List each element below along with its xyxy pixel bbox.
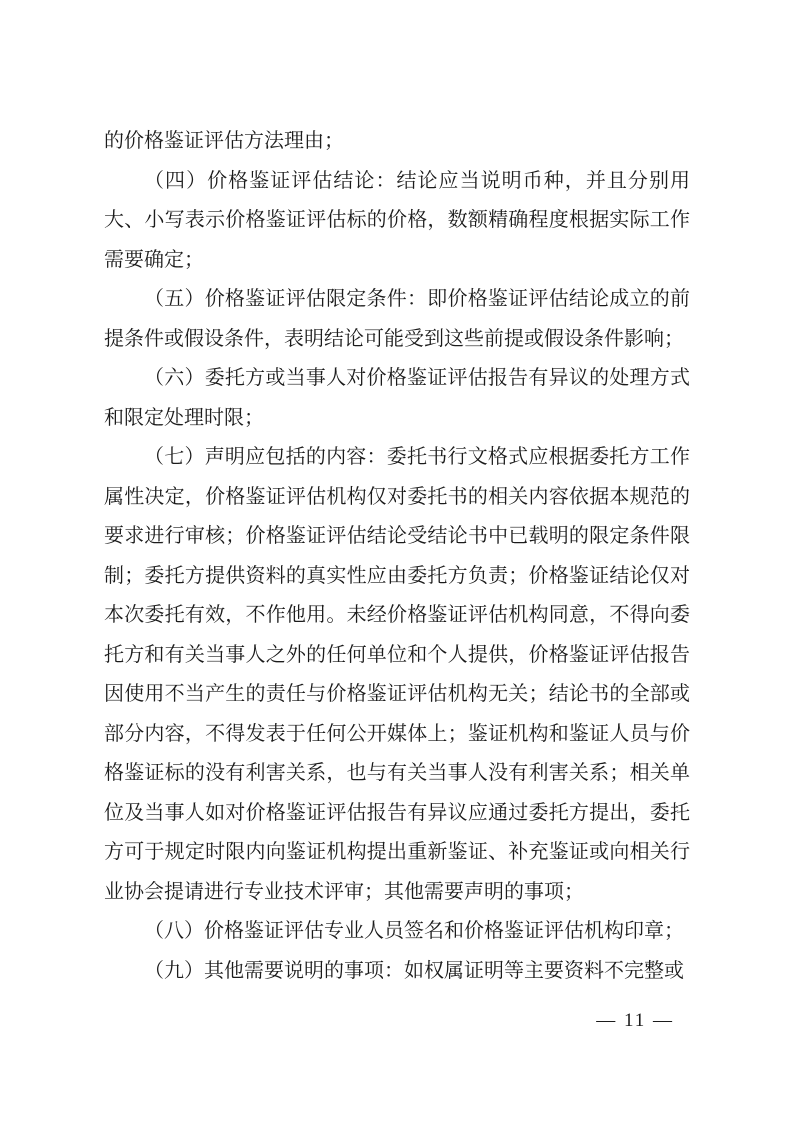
paragraph-item-five: （五）价格鉴证评估限定条件：即价格鉴证评估结论成立的前提条件或假设条件，表明结论… bbox=[104, 280, 690, 359]
document-page: 的价格鉴证评估方法理由； （四）价格鉴证评估结论：结论应当说明币种，并且分别用大… bbox=[0, 0, 793, 1122]
paragraph-item-nine: （九）其他需要说明的事项：如权属证明等主要资料不完整或 bbox=[104, 952, 690, 992]
paragraph-item-eight: （八）价格鉴证评估专业人员签名和价格鉴证评估机构印章； bbox=[104, 912, 690, 952]
paragraph-item-four: （四）价格鉴证评估结论：结论应当说明币种，并且分别用大、小写表示价格鉴证评估标的… bbox=[104, 162, 690, 281]
document-body: 的价格鉴证评估方法理由； （四）价格鉴证评估结论：结论应当说明币种，并且分别用大… bbox=[104, 122, 690, 991]
page-number: — 11 — bbox=[596, 1007, 674, 1035]
paragraph-continuation: 的价格鉴证评估方法理由； bbox=[104, 122, 690, 162]
paragraph-item-seven: （七）声明应包括的内容：委托书行文格式应根据委托方工作属性决定，价格鉴证评估机构… bbox=[104, 438, 690, 912]
paragraph-item-six: （六）委托方或当事人对价格鉴证评估报告有异议的处理方式和限定处理时限； bbox=[104, 359, 690, 438]
